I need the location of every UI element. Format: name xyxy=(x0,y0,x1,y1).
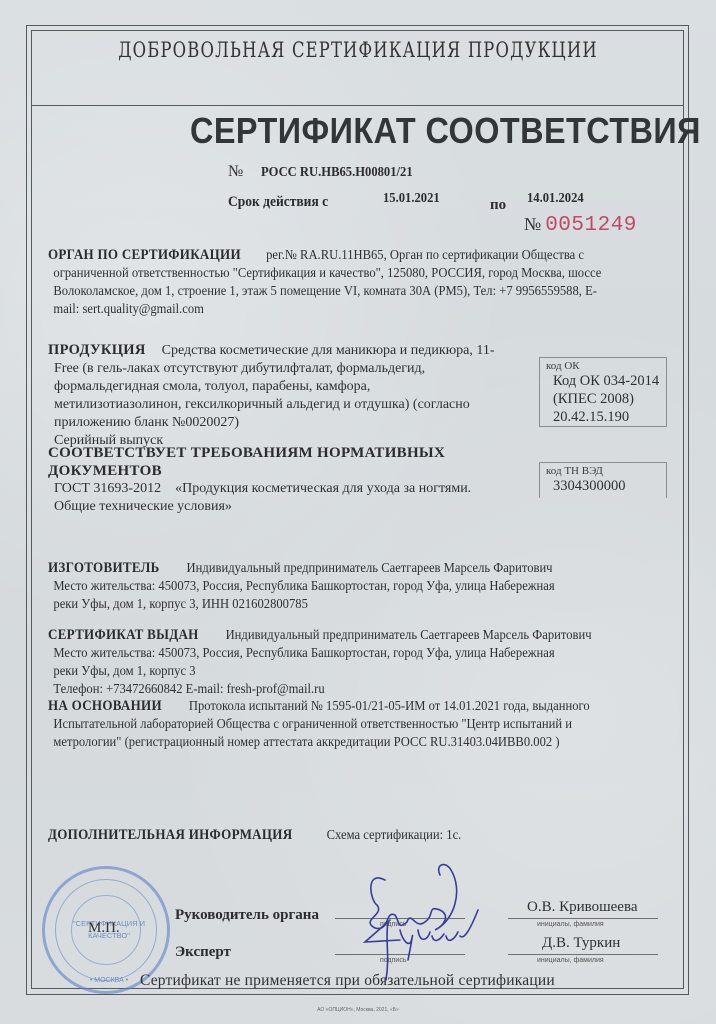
certificate-main-title: СЕРТИФИКАТ СООТВЕТСТВИЯ xyxy=(190,110,701,152)
blank-serial-number: 0051249 xyxy=(545,214,637,237)
ok-code-box: код ОК Код ОК 034-2014 (КПЕС 2008) 20.42… xyxy=(539,357,667,427)
certification-scheme: Схема сертификации: 1с. xyxy=(327,828,462,843)
blank-number-sign: № xyxy=(524,214,541,234)
name-caption: инициалы, фамилия xyxy=(537,921,604,928)
seal-place-label: М.П. xyxy=(88,920,120,937)
printer-imprint: АО «ОПЦИОН», Москва, 2021, «Б» xyxy=(0,1007,716,1013)
certification-body-heading: ОРГАН ПО СЕРТИФИКАЦИИ xyxy=(48,247,241,263)
valid-to-date: 14.01.2024 xyxy=(527,191,584,207)
ok-code-line: Код ОК 034-2014 xyxy=(546,372,666,390)
issued-to-section: СЕРТИФИКАТ ВЫДАНИндивидуальный предприни… xyxy=(48,626,669,699)
product-heading: ПРОДУКЦИЯ xyxy=(48,342,146,358)
manufacturer-line: Место жительства: 450073, Россия, Респуб… xyxy=(48,578,669,596)
head-name-line xyxy=(508,918,658,919)
conformity-line: Общие технические условия» xyxy=(48,498,538,516)
certificate-number-row: № РОСС RU.НВ65.Н00801/21 xyxy=(228,163,430,181)
basis-first-line: Протокола испытаний № 1595-01/21-05-ИМ о… xyxy=(189,699,590,714)
basis-line: Испытательной лабораторией Общества с ог… xyxy=(48,716,669,734)
conformity-heading: СООТВЕТСТВУЕТ ТРЕБОВАНИЯМ НОРМАТИВНЫХ ДО… xyxy=(48,444,538,480)
certification-body-line: рег.№ RA.RU.11НВ65, Орган по сертификаци… xyxy=(266,248,584,263)
ok-code-line: 20.42.15.190 xyxy=(546,408,666,426)
validity-label: Срок действия с xyxy=(228,194,328,211)
product-line: Средства косметические для маникюра и пе… xyxy=(162,343,495,358)
ok-code-line: (КПЕС 2008) xyxy=(546,390,666,408)
number-sign: № xyxy=(228,163,243,180)
expert-label: Эксперт xyxy=(175,944,231,961)
product-section: ПРОДУКЦИЯСредства косметические для мани… xyxy=(48,341,528,450)
certificate-number: РОСС RU.НВ65.Н00801/21 xyxy=(261,165,413,181)
head-of-body-name: О.В. Кривошеева xyxy=(527,899,638,916)
voluntary-certification-title: ДОБРОВОЛЬНАЯ СЕРТИФИКАЦИЯ ПРОДУКЦИИ xyxy=(79,38,637,62)
ok-code-label: код ОК xyxy=(546,360,666,372)
expert-name: Д.В. Туркин xyxy=(542,935,620,952)
certification-body-line: Волоколамское, дом 1, строение 1, этаж 5… xyxy=(48,283,669,301)
issued-to-name: Индивидуальный предприниматель Саетгарее… xyxy=(226,628,592,643)
manufacturer-section: ИЗГОТОВИТЕЛЬИндивидуальный предпринимате… xyxy=(48,559,669,614)
header-divider xyxy=(31,105,684,106)
conformity-section: СООТВЕТСТВУЕТ ТРЕБОВАНИЯМ НОРМАТИВНЫХ ДО… xyxy=(48,444,538,516)
issued-to-line: Место жительства: 450073, Россия, Респуб… xyxy=(48,645,669,663)
product-line: приложению бланк №0020027) xyxy=(48,414,528,432)
basis-section: НА ОСНОВАНИИПротокола испытаний № 1595-0… xyxy=(48,697,669,752)
blank-number-row: № 0051249 xyxy=(524,214,637,237)
issued-to-line: реки Уфы, дом 1, корпус 3 xyxy=(48,663,669,681)
additional-info-section: ДОПОЛНИТЕЛЬНАЯ ИНФОРМАЦИЯСхема сертифика… xyxy=(48,826,669,845)
tn-ved-code-box: код ТН ВЭД 3304300000 xyxy=(539,462,667,498)
valid-to-label: по xyxy=(490,197,506,214)
name-caption: инициалы, фамилия xyxy=(537,957,604,964)
tn-ved-code-label: код ТН ВЭД xyxy=(546,465,666,477)
tn-ved-code-value: 3304300000 xyxy=(546,477,666,495)
manufacturer-name: Индивидуальный предприниматель Саетгарее… xyxy=(187,561,553,576)
manufacturer-line: реки Уфы, дом 1, корпус 3, ИНН 021602800… xyxy=(48,596,669,614)
certification-body-section: ОРГАН ПО СЕРТИФИКАЦИИрег.№ RA.RU.11НВ65,… xyxy=(48,246,669,319)
product-line: формальдегидная смола, толуол, парабены,… xyxy=(48,378,528,396)
certification-body-line: ограниченной ответственностью "Сертифика… xyxy=(48,265,669,283)
head-of-body-label: Руководитель органа xyxy=(175,907,319,924)
manufacturer-heading: ИЗГОТОВИТЕЛЬ xyxy=(48,560,160,576)
product-line: метилизотиазолинон, гексилкоричный альде… xyxy=(48,396,528,414)
product-line: Free (в гель-лаках отсутствуют дибутилфт… xyxy=(48,360,528,378)
conformity-line: ГОСТ 31693-2012 «Продукция косметическая… xyxy=(48,480,538,498)
basis-line: метрологии" (регистрационный номер аттес… xyxy=(48,734,669,752)
valid-from-date: 15.01.2021 xyxy=(383,191,440,207)
footer-note: Сертификат не применяется при обязательн… xyxy=(140,972,555,990)
issued-to-heading: СЕРТИФИКАТ ВЫДАН xyxy=(48,627,199,643)
expert-name-line xyxy=(508,954,658,955)
certification-body-line: mail: sert.quality@gmail.com xyxy=(48,301,669,319)
additional-info-heading: ДОПОЛНИТЕЛЬНАЯ ИНФОРМАЦИЯ xyxy=(48,827,292,843)
basis-heading: НА ОСНОВАНИИ xyxy=(48,698,162,714)
